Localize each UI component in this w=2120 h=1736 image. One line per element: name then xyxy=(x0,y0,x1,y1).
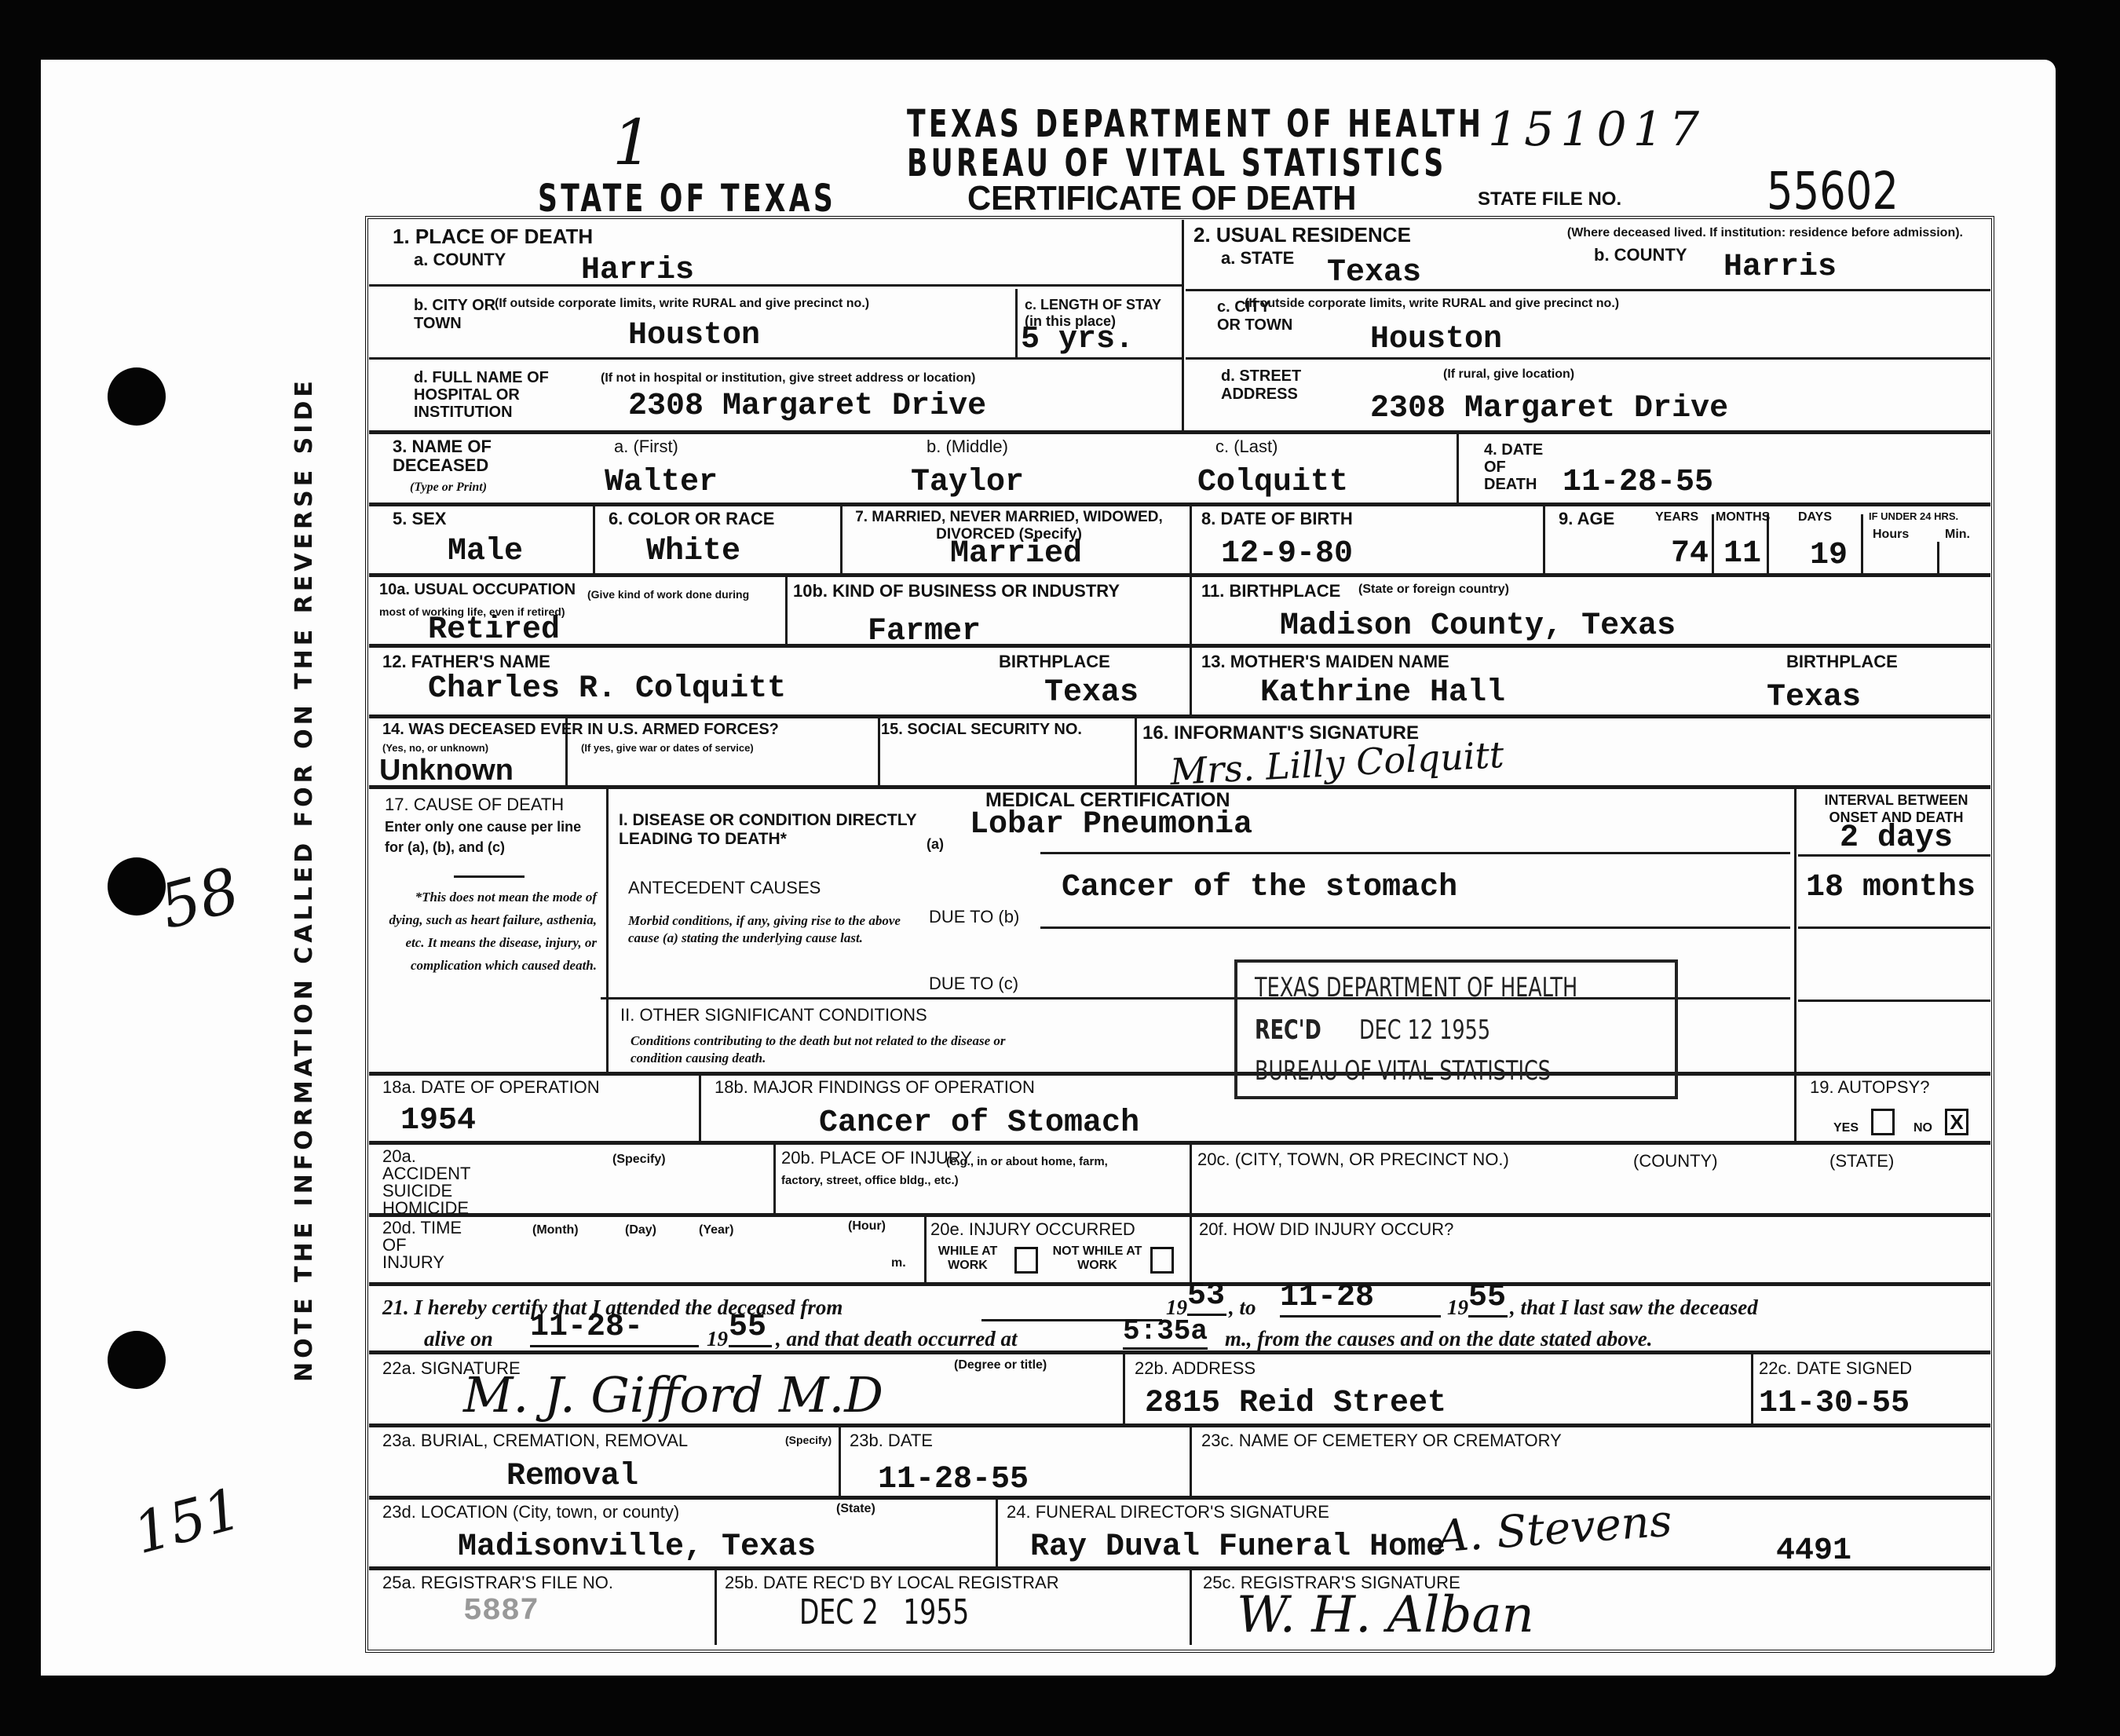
occupation-value[interactable]: Retired xyxy=(428,612,560,648)
cause-of-death-label: 17. CAUSE OF DEATH xyxy=(385,795,564,815)
date-of-death-label: 4. DATE OF DEATH xyxy=(1484,441,1559,493)
hours-label: Hours xyxy=(1873,528,1909,542)
usual-residence-hint: (Where deceased lived. If institution: r… xyxy=(1453,226,1963,240)
received-stamp: TEXAS DEPARTMENT OF HEALTH REC'D DEC 12 … xyxy=(1234,959,1678,1099)
disease-condition-label: I. DISEASE OR CONDITION DIRECTLY LEADING… xyxy=(619,811,933,849)
minutes-label: Min. xyxy=(1945,528,1970,542)
date-received-label: 25b. DATE REC'D BY LOCAL REGISTRAR xyxy=(725,1573,1059,1593)
stamp-line-1: TEXAS DEPARTMENT OF HEALTH xyxy=(1255,972,1577,1003)
armed-forces-value[interactable]: Unknown xyxy=(379,754,514,788)
cause-footnote: *This does not mean the mode of dying, s… xyxy=(381,886,597,977)
not-while-at-work-checkbox[interactable] xyxy=(1150,1247,1174,1274)
mother-name-label: 13. MOTHER'S MAIDEN NAME xyxy=(1201,652,1449,672)
residence-street-value[interactable]: 2308 Margaret Drive xyxy=(1370,391,1728,426)
autopsy-yes-label: YES xyxy=(1833,1121,1859,1135)
burial-location-label: 23d. LOCATION (City, town, or county) xyxy=(382,1502,679,1522)
antecedent-hint: Morbid conditions, if any, giving rise t… xyxy=(628,912,927,947)
accident-specify-label: (Specify) xyxy=(612,1153,666,1167)
other-conditions-label: II. OTHER SIGNIFICANT CONDITIONS xyxy=(620,1005,927,1025)
ssn-label: 15. SOCIAL SECURITY NO. xyxy=(881,721,1082,739)
birthplace-hint: (State or foreign country) xyxy=(1358,583,1509,597)
first-name-value[interactable]: Walter xyxy=(605,465,718,500)
age-years-label: YEARS xyxy=(1655,510,1698,524)
residence-street-hint: (If rural, give location) xyxy=(1443,367,1574,382)
race-label: 6. COLOR OR RACE xyxy=(609,509,774,529)
date-received-value: DEC 2 1955 xyxy=(799,1592,969,1632)
disposition-label: 23a. BURIAL, CREMATION, REMOVAL xyxy=(382,1431,688,1451)
sex-label: 5. SEX xyxy=(393,509,446,529)
attended-from-year[interactable]: 53 xyxy=(1187,1278,1226,1316)
cemetery-label: 23c. NAME OF CEMETERY OR CREMATORY xyxy=(1201,1431,1562,1451)
hospital-value[interactable]: 2308 Margaret Drive xyxy=(628,389,986,424)
armed-forces-hint-1: (Yes, no, or unknown) xyxy=(382,742,488,754)
degree-label: (Degree or title) xyxy=(954,1358,1047,1372)
hospital-label: d. FULL NAME OF HOSPITAL OR INSTITUTION xyxy=(414,369,594,421)
autopsy-yes-checkbox[interactable] xyxy=(1871,1109,1895,1135)
injury-hour-label: (Hour) xyxy=(848,1219,886,1233)
funeral-director-label: 24. FUNERAL DIRECTOR'S SIGNATURE xyxy=(1007,1502,1329,1522)
accident-type-label: 20a. ACCIDENT SUICIDE HOMICIDE xyxy=(382,1148,484,1217)
age-days-value[interactable]: 19 xyxy=(1810,538,1848,573)
state-file-number: 55602 xyxy=(1767,161,1899,221)
industry-label: 10b. KIND OF BUSINESS OR INDUSTRY xyxy=(793,581,1120,601)
first-name-label: a. (First) xyxy=(614,437,678,457)
last-seen-alive-year[interactable]: 55 xyxy=(729,1310,772,1347)
operation-date-label: 18a. DATE OF OPERATION xyxy=(382,1077,600,1098)
operation-findings-label: 18b. MAJOR FINDINGS OF OPERATION xyxy=(715,1077,1035,1098)
handwritten-file-number: 151017 xyxy=(1488,102,1705,157)
autopsy-no-label: NO xyxy=(1913,1121,1932,1135)
certify-text-3: , and that death occurred at xyxy=(776,1327,1018,1351)
disposition-date-label: 23b. DATE xyxy=(850,1431,933,1451)
physician-address-value[interactable]: 2815 Reid Street xyxy=(1145,1386,1446,1421)
date-of-death-value[interactable]: 11-28-55 xyxy=(1563,465,1713,500)
sex-value[interactable]: Male xyxy=(448,534,523,569)
attended-to-date[interactable]: 11-28 xyxy=(1280,1280,1441,1318)
cause-b-value[interactable]: Cancer of the stomach xyxy=(1062,870,1457,905)
armed-forces-hint-2: (If yes, give war or dates of service) xyxy=(581,742,754,754)
age-months-value[interactable]: 11 xyxy=(1723,536,1761,572)
autopsy-no-check-mark: X xyxy=(1950,1110,1963,1134)
birthplace-label: 11. BIRTHPLACE xyxy=(1201,581,1340,601)
residence-street-label: d. STREET ADDRESS xyxy=(1221,367,1331,404)
armed-forces-label: 14. WAS DECEASED EVER IN U.S. ARMED FORC… xyxy=(382,721,779,739)
state-heading: STATE OF TEXAS xyxy=(538,177,836,221)
punch-hole-bottom xyxy=(108,1331,166,1389)
burial-location-state-label: (State) xyxy=(836,1502,875,1516)
cause-a-marker: (a) xyxy=(927,836,944,853)
injury-county-label: (COUNTY) xyxy=(1633,1151,1718,1171)
usual-residence-label: 2. USUAL RESIDENCE xyxy=(1193,223,1411,247)
death-county-value[interactable]: Harris xyxy=(581,253,694,288)
autopsy-no-checkbox[interactable]: X xyxy=(1945,1109,1968,1135)
stamp-line-2-date: DEC 12 1955 xyxy=(1359,1014,1490,1046)
other-conditions-hint: Conditions contributing to the death but… xyxy=(631,1032,1039,1067)
due-to-b-label: DUE TO (b) xyxy=(929,907,1019,927)
registrar-signature[interactable]: W. H. Alban xyxy=(1237,1586,1534,1644)
age-months-label: MONTHS xyxy=(1716,510,1770,524)
alive-on-label: alive on xyxy=(424,1327,493,1351)
burial-location-value[interactable]: Madisonville, Texas xyxy=(458,1530,816,1565)
operation-date-value[interactable]: 1954 xyxy=(400,1103,476,1138)
under-24-hrs-label: IF UNDER 24 HRS. xyxy=(1869,510,1958,522)
injury-place-hint: (e.g., in or about home, farm, factory, … xyxy=(781,1153,1127,1190)
handwritten-page-mark: 1 xyxy=(612,106,652,179)
place-of-death-label: 1. PLACE OF DEATH xyxy=(393,225,593,249)
stamp-line-3: BUREAU OF VITAL STATISTICS xyxy=(1255,1055,1551,1087)
residence-city-value[interactable]: Houston xyxy=(1370,322,1502,357)
age-days-label: DAYS xyxy=(1798,510,1832,524)
injury-m-label: m. xyxy=(891,1256,906,1270)
disposition-specify: (Specify) xyxy=(785,1434,832,1446)
date-signed-label: 22c. DATE SIGNED xyxy=(1759,1358,1912,1379)
residence-city-hint: (If outside corporate limits, write RURA… xyxy=(1245,297,1619,311)
date-signed-value[interactable]: 11-30-55 xyxy=(1759,1386,1910,1421)
race-value[interactable]: White xyxy=(646,534,740,569)
interval-b-value[interactable]: 18 months xyxy=(1806,870,1976,905)
stamp-line-2-prefix: REC'D xyxy=(1255,1014,1321,1046)
antecedent-causes-label: ANTECEDENT CAUSES xyxy=(628,878,821,898)
to-word: , to xyxy=(1229,1296,1256,1320)
industry-value[interactable]: Farmer xyxy=(868,614,981,649)
death-city-value[interactable]: Houston xyxy=(628,318,760,353)
age-label: 9. AGE xyxy=(1559,509,1614,529)
father-birthplace-value[interactable]: Texas xyxy=(1044,675,1139,711)
middle-name-value[interactable]: Taylor xyxy=(911,465,1024,500)
injury-city-label: 20c. (CITY, TOWN, OR PRECINCT NO.) xyxy=(1197,1149,1509,1170)
death-county-label: a. COUNTY xyxy=(414,250,506,270)
death-city-label: b. CITY OR TOWN xyxy=(414,297,500,333)
father-birthplace-label: BIRTHPLACE xyxy=(999,652,1110,672)
last-seen-alive-date[interactable]: 11-28- xyxy=(530,1310,699,1347)
deceased-name-label: 3. NAME OF DECEASED xyxy=(393,437,542,475)
operation-findings-value[interactable]: Cancer of Stomach xyxy=(819,1106,1139,1141)
death-city-hint: (If outside corporate limits, write RURA… xyxy=(495,297,1005,311)
due-to-c-label: DUE TO (c) xyxy=(929,974,1018,994)
not-while-at-work-label: NOT WHILE AT WORK xyxy=(1048,1244,1146,1273)
certificate-title: CERTIFICATE OF DEATH xyxy=(967,179,1356,218)
mother-birthplace-value[interactable]: Texas xyxy=(1767,680,1861,715)
hospital-hint: (If not in hospital or institution, give… xyxy=(601,371,975,386)
father-name-value[interactable]: Charles R. Colquitt xyxy=(428,671,786,707)
injury-time-label: 20d. TIME OF INJURY xyxy=(382,1219,469,1271)
certify-text-2: , that I last saw the deceased xyxy=(1510,1296,1758,1320)
attended-to-year[interactable]: 55 xyxy=(1468,1280,1508,1318)
residence-county-value[interactable]: Harris xyxy=(1723,250,1837,285)
physician-address-label: 22b. ADDRESS xyxy=(1135,1358,1256,1379)
while-at-work-checkbox[interactable] xyxy=(1014,1247,1038,1274)
mother-birthplace-label: BIRTHPLACE xyxy=(1786,652,1898,672)
interval-a-value[interactable]: 2 days xyxy=(1840,820,1953,856)
birthplace-value[interactable]: Madison County, Texas xyxy=(1280,609,1676,644)
residence-state-label: a. STATE xyxy=(1221,248,1294,269)
funeral-director-license-no: 4491 xyxy=(1776,1533,1851,1569)
marital-status-value[interactable]: Married xyxy=(950,536,1082,572)
deceased-name-hint: (Type or Print) xyxy=(410,481,487,495)
state-file-label: STATE FILE NO. xyxy=(1478,188,1621,210)
last-name-label: c. (Last) xyxy=(1215,437,1277,457)
how-injury-label: 20f. HOW DID INJURY OCCUR? xyxy=(1199,1219,1453,1240)
certify-text-4: m., from the causes and on the date stat… xyxy=(1225,1327,1652,1351)
date-of-birth-label: 8. DATE OF BIRTH xyxy=(1201,509,1353,529)
injury-day-label: (Day) xyxy=(625,1223,656,1237)
funeral-home-value[interactable]: Ray Duval Funeral Home xyxy=(1030,1530,1445,1565)
autopsy-label: 19. AUTOPSY? xyxy=(1810,1077,1929,1098)
mother-name-value[interactable]: Kathrine Hall xyxy=(1260,675,1505,711)
injury-month-label: (Month) xyxy=(532,1223,579,1237)
disposition-date-value[interactable]: 11-28-55 xyxy=(878,1462,1029,1497)
father-name-label: 12. FATHER'S NAME xyxy=(382,652,550,672)
date-of-birth-value[interactable]: 12-9-80 xyxy=(1221,536,1353,572)
alive-year-prefix: 19 xyxy=(707,1327,728,1351)
death-time[interactable]: 5:35a xyxy=(1123,1315,1208,1350)
while-at-work-label: WHILE AT WORK xyxy=(930,1244,1005,1273)
injury-year-label: (Year) xyxy=(699,1223,733,1237)
registrar-file-no-label: 25a. REGISTRAR'S FILE NO. xyxy=(382,1573,613,1593)
last-name-value[interactable]: Colquitt xyxy=(1197,465,1348,500)
registrar-file-no-value: 5887 xyxy=(463,1594,539,1629)
injury-occurred-label: 20e. INJURY OCCURRED xyxy=(930,1219,1135,1240)
residence-state-value[interactable]: Texas xyxy=(1327,255,1421,291)
middle-name-label: b. (Middle) xyxy=(927,437,1008,457)
disposition-value[interactable]: Removal xyxy=(506,1459,638,1494)
length-of-stay-value[interactable]: 5 yrs. xyxy=(1021,322,1134,357)
cause-a-value[interactable]: Lobar Pneumonia xyxy=(970,807,1252,842)
reverse-side-note: NOTE THE INFORMATION CALLED FOR ON THE R… xyxy=(291,377,318,1382)
agency-line-1: TEXAS DEPARTMENT OF HEALTH xyxy=(907,102,1484,146)
to-year-prefix: 19 xyxy=(1447,1296,1468,1320)
punch-hole-top xyxy=(108,367,166,426)
residence-county-label: b. COUNTY xyxy=(1594,245,1687,265)
age-years-value[interactable]: 74 xyxy=(1671,536,1709,572)
physician-signature[interactable]: M. J. Gifford M.D xyxy=(463,1366,883,1424)
cause-of-death-hint: Enter only one cause per line for (a), (… xyxy=(385,817,597,857)
injury-state-label: (STATE) xyxy=(1829,1151,1894,1171)
